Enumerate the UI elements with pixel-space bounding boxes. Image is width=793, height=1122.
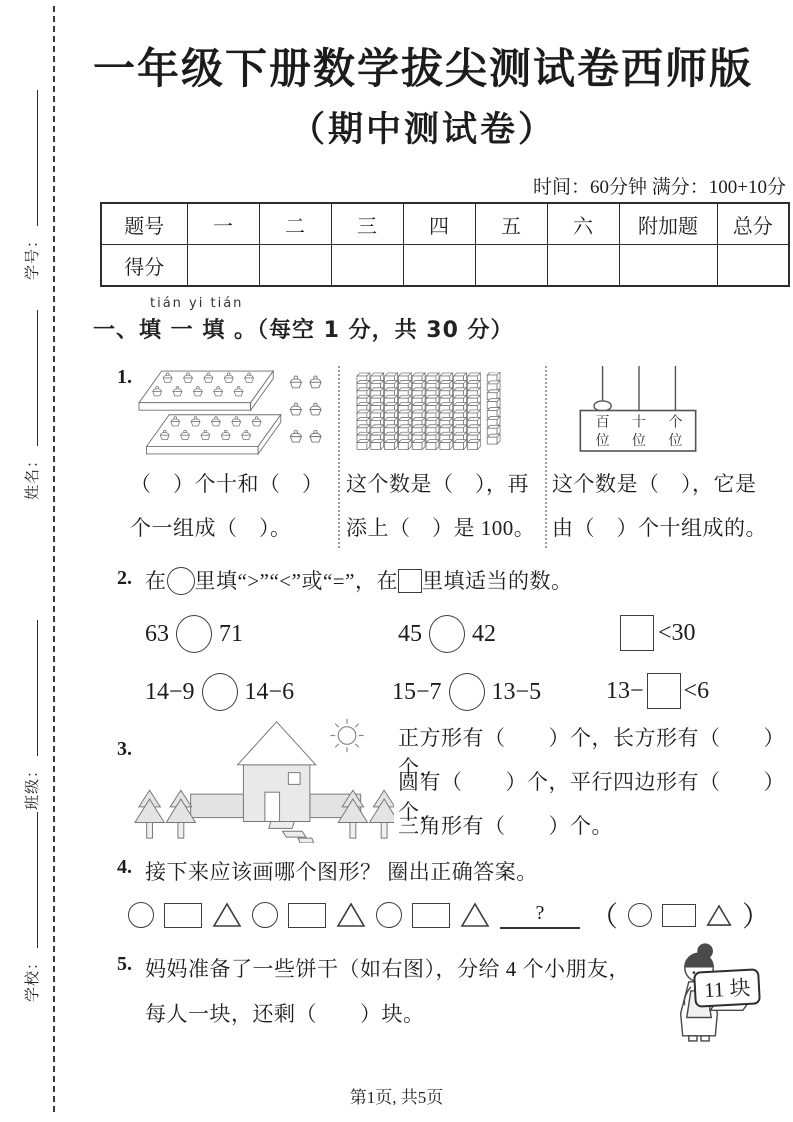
margin-field-class: 班级：: [18, 620, 44, 810]
q2-compare-15-7-vs-13-5: 15−7 13−5: [392, 673, 541, 711]
abacus-bead-hundreds: [594, 401, 611, 411]
rectangle-option-icon: [662, 904, 696, 927]
number-square-blank: [620, 615, 654, 651]
house-roof-triangle: [238, 722, 316, 765]
score-cell: [717, 245, 789, 287]
loose-cupcakes: [290, 376, 321, 442]
q2-prompt-part1: 在: [145, 569, 167, 593]
abacus-label-tens-top: 十: [632, 415, 646, 431]
school-label: 学校：: [21, 954, 42, 1002]
compare-circle-blank: [429, 615, 465, 653]
q2-compare-14-9-vs-14-6: 14−9 14−6: [145, 673, 294, 711]
name-label: 姓名：: [21, 452, 42, 500]
q2-prompt-part3: 里填适当的数。: [422, 569, 573, 593]
q2-fill-13-minus-square-lt-6: 13− <6: [606, 673, 709, 709]
unit-cubes-column: [487, 372, 500, 444]
q2-left-expression: 13−: [606, 678, 644, 705]
rectangle-shape-icon: [164, 903, 202, 928]
page-title: 一年级下册数学拔尖测试卷西师版: [57, 36, 789, 96]
time-score-meta: 时间：60分钟 满分：100+10分: [57, 172, 786, 199]
compare-circle-blank: [449, 673, 485, 711]
square-placeholder-icon: [398, 569, 422, 593]
student-number-label: 学号：: [21, 232, 42, 280]
q1-col2-line2: 添上（ ）是 100。: [346, 512, 535, 542]
path-steps: [269, 822, 314, 844]
triangle-shape-icon: [336, 902, 366, 928]
circle-shape-icon: [128, 902, 154, 928]
q1-col3-line2: 由（ ）个十组成的。: [552, 512, 767, 542]
rectangle-shape-icon: [288, 903, 326, 928]
q2-left-value: 45: [398, 621, 422, 648]
house-door: [265, 792, 280, 821]
q2-right-value: 71: [219, 621, 243, 648]
col-four: 四: [403, 203, 475, 245]
score-cell: [187, 245, 259, 287]
q2-right-value: <30: [658, 620, 696, 647]
q4-open-paren: （: [590, 895, 618, 935]
q2-prompt-part2: 里填“>”“<”或“=”，在: [195, 569, 398, 593]
score-cell: [619, 245, 717, 287]
house-left-wing: [191, 794, 244, 817]
base-ten-blocks-image: [356, 372, 504, 451]
abacus-label-hundreds-bottom: 位: [595, 433, 609, 449]
score-cell: [331, 245, 403, 287]
q5-line2: 每人一块，还剩（ ）块。: [145, 998, 425, 1028]
section1-pinyin: tián yi tián: [150, 296, 243, 311]
compare-circle-blank: [202, 673, 238, 711]
rectangle-shape-icon: [412, 903, 450, 928]
q5-number: 5.: [117, 953, 132, 976]
page-footer: 第1页, 共5页: [0, 1083, 793, 1108]
margin-field-school: 学校：: [18, 812, 44, 1002]
q1-col3-line1: 这个数是（ ），它是: [552, 468, 757, 498]
circle-placeholder-icon: [167, 567, 195, 595]
col-two: 二: [259, 203, 331, 245]
score-row-label: 得分: [101, 245, 187, 287]
col-five: 五: [475, 203, 547, 245]
score-table-header-row: 题号 一 二 三 四 五 六 附加题 总分: [101, 203, 789, 245]
sun-icon: [330, 719, 363, 752]
q2-left-value: 63: [145, 621, 169, 648]
abacus-label-ones-bottom: 位: [668, 433, 682, 449]
score-table-score-row: 得分: [101, 245, 789, 287]
score-cell: [259, 245, 331, 287]
q2-compare-45-42: 45 42: [398, 615, 496, 653]
col-three: 三: [331, 203, 403, 245]
dashed-cut-line: [53, 6, 55, 1112]
q2-right-value: 42: [472, 621, 496, 648]
q3-line3: 三角形有（ ）个。: [398, 810, 613, 840]
section1-heading: 一、填 一 填 。（每空 1 分，共 30 分）: [93, 313, 514, 344]
circle-shape-icon: [376, 902, 402, 928]
q4-number: 4.: [117, 856, 132, 879]
q1-col1-line1: （ ）个十和（ ）: [130, 468, 324, 498]
q2-fill-square-lt-30: <30: [620, 615, 696, 651]
abacus-label-ones-top: 个: [668, 415, 682, 431]
q1-column-divider-2: [545, 366, 547, 548]
col-bonus: 附加题: [619, 203, 717, 245]
number-square-blank: [647, 673, 681, 709]
score-table: 题号 一 二 三 四 五 六 附加题 总分 得分: [100, 202, 790, 287]
abacus-label-tens-bottom: 位: [632, 433, 646, 449]
col-question-number: 题号: [101, 203, 187, 245]
q4-pattern-row: ? （ ）: [128, 895, 770, 935]
triangle-shape-icon: [212, 902, 242, 928]
q4-prompt: 接下来应该画哪个图形？ 圈出正确答案。: [145, 856, 538, 886]
cookie-count-label: 11 块: [693, 968, 761, 1007]
class-blank-line: [25, 620, 38, 756]
col-one: 一: [187, 203, 259, 245]
student-number-blank-line: [25, 90, 38, 226]
test-paper-page: 学号： 姓名： 班级： 学校： 一年级下册数学拔尖测试卷西师版 （期中测试卷） …: [0, 0, 793, 1122]
q1-col1-line2: 个一组成（ ）。: [130, 512, 292, 542]
score-cell: [547, 245, 619, 287]
q1-column-divider-1: [338, 366, 340, 548]
school-blank-line: [25, 812, 38, 948]
q2-compare-63-71: 63 71: [145, 615, 243, 653]
compare-circle-blank: [176, 615, 212, 653]
abacus-label-hundreds-top: 百: [595, 415, 609, 431]
circle-option-icon: [628, 903, 652, 927]
name-blank-line: [25, 310, 38, 446]
q5-line1: 妈妈准备了一些饼干（如右图），分给 4 个小朋友，: [145, 953, 630, 983]
circle-shape-icon: [252, 902, 278, 928]
house-window: [288, 773, 300, 785]
q2-right-expression: <6: [684, 678, 710, 705]
q4-close-paren: ）: [742, 895, 770, 935]
q2-left-expression: 14−9: [145, 679, 195, 706]
page-subtitle: （期中测试卷）: [57, 102, 789, 152]
q2-right-expression: 13−5: [492, 679, 542, 706]
q2-number: 2.: [117, 567, 132, 590]
house-shapes-image: [128, 714, 394, 843]
triangle-option-icon: [706, 904, 732, 927]
q4-answer-blank: ?: [500, 901, 580, 929]
score-cell: [475, 245, 547, 287]
col-six: 六: [547, 203, 619, 245]
q1-col2-line1: 这个数是（ ），再: [346, 468, 529, 498]
margin-field-student-number: 学号：: [18, 90, 44, 280]
triangle-shape-icon: [460, 902, 490, 928]
place-value-abacus-image: 百 十 个 位 位 位: [578, 366, 700, 453]
q2-prompt: 在里填“>”“<”或“=”，在里填适当的数。: [145, 565, 572, 595]
q2-right-expression: 14−6: [245, 679, 295, 706]
margin-field-name: 姓名：: [18, 310, 44, 500]
class-label: 班级：: [21, 762, 42, 810]
q2-left-expression: 15−7: [392, 679, 442, 706]
score-cell: [403, 245, 475, 287]
cupcake-trays-image: [128, 368, 328, 463]
col-total: 总分: [717, 203, 789, 245]
